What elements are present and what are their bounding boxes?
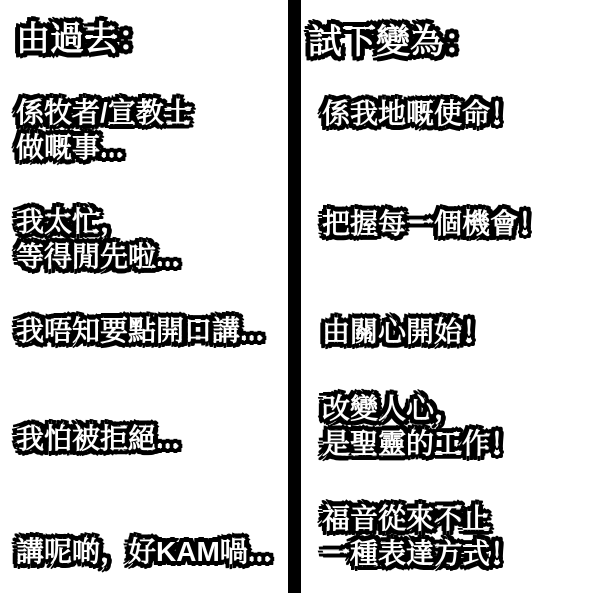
left-column-header: 由過去：: [16, 18, 152, 60]
text-line: 一種表達方式！: [322, 536, 518, 571]
text-line: 係我地嘅使命！: [322, 96, 518, 131]
text-line: 由關心開始！: [322, 314, 490, 349]
text-line: 做嘅事...: [16, 130, 192, 165]
right-column-header: 試下變為：: [308, 21, 478, 63]
text-line: 我怕被拒絕...: [16, 421, 179, 456]
text-line: 係牧者/宣教士: [16, 95, 192, 130]
right-item-2: 把握每一個機會！: [322, 206, 546, 241]
text-line: 把握每一個機會！: [322, 206, 546, 241]
left-item-3: 我唔知要點開口講...: [16, 313, 263, 348]
text-line: 等得閒先啦...: [16, 239, 179, 274]
text-line: 我唔知要點開口講...: [16, 313, 263, 348]
left-item-5: 講呢啲，好KAM喎...: [16, 534, 271, 569]
column-divider: [288, 0, 301, 593]
text-line: 改變人心，: [322, 391, 518, 426]
left-item-4: 我怕被拒絕...: [16, 421, 179, 456]
text-line: 是聖靈的工作！: [322, 426, 518, 461]
text-line: 我太忙，: [16, 204, 179, 239]
right-item-4: 改變人心， 是聖靈的工作！: [322, 391, 518, 461]
right-item-3: 由關心開始！: [322, 314, 490, 349]
right-item-5: 福音從來不止 一種表達方式！: [322, 501, 518, 571]
left-item-2: 我太忙， 等得閒先啦...: [16, 204, 179, 274]
slide: 由過去： 係牧者/宣教士 做嘅事... 我太忙， 等得閒先啦... 我唔知要點開…: [0, 0, 600, 600]
left-item-1: 係牧者/宣教士 做嘅事...: [16, 95, 192, 165]
text-line: 講呢啲，好KAM喎...: [16, 534, 271, 569]
right-item-1: 係我地嘅使命！: [322, 96, 518, 131]
text-line: 福音從來不止: [322, 501, 518, 536]
